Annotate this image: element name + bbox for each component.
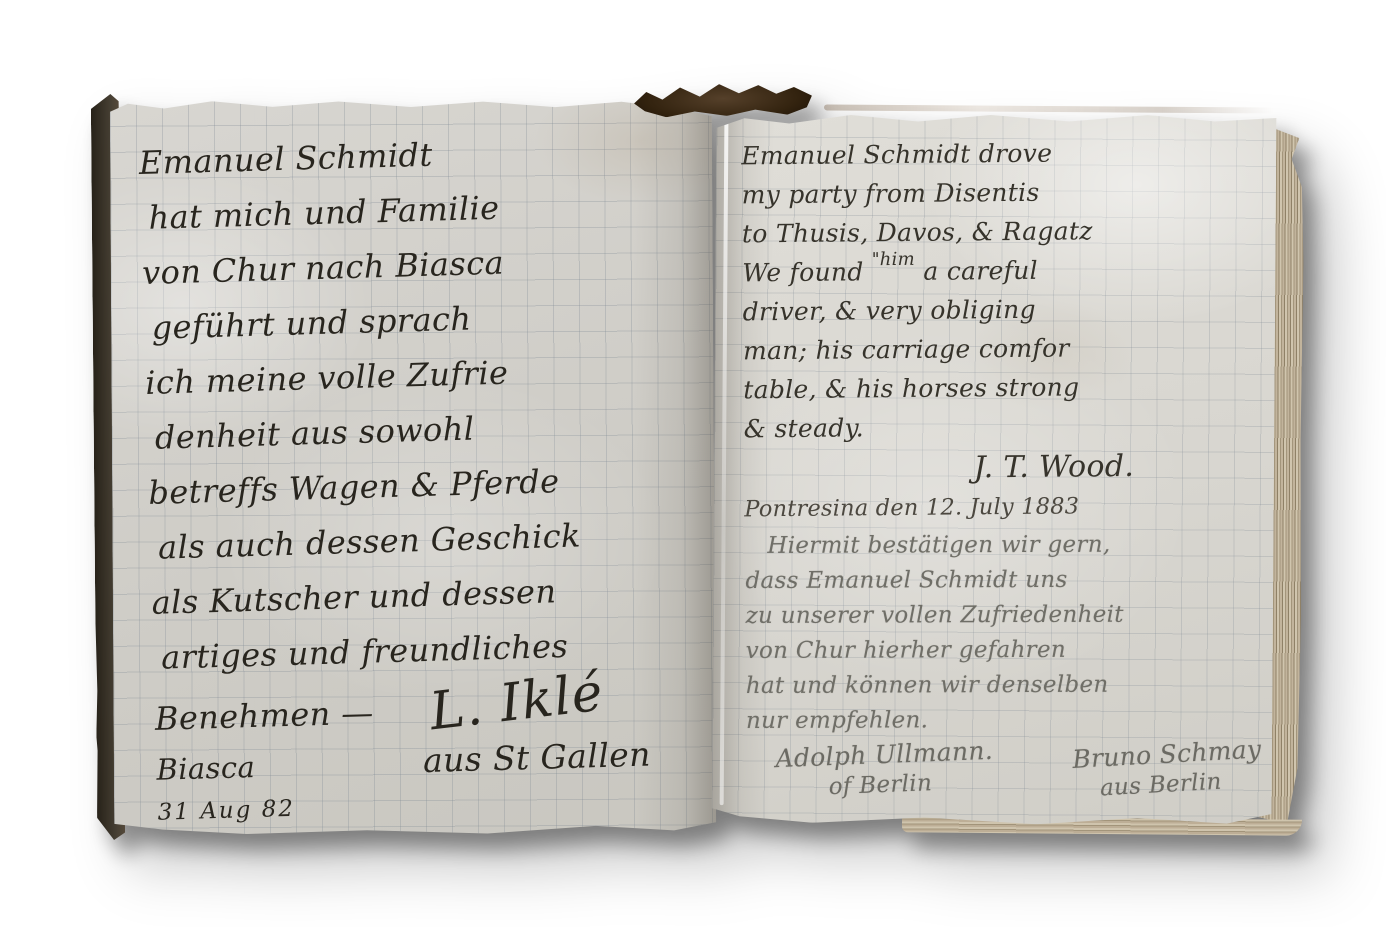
right-page-entries: Emanuel Schmidt drove my party from Dise… <box>741 132 1269 803</box>
handwritten-line-with-insertion: We found him a careful <box>742 249 1264 293</box>
pencil-line: nur empfehlen. <box>746 702 1268 739</box>
handwritten-line: Benehmen — <box>154 686 374 747</box>
right-page: Emanuel Schmidt drove my party from Dise… <box>712 110 1277 828</box>
pencil-line: hat und können wir denselben <box>746 667 1268 704</box>
left-page-entry: Emanuel Schmidt hat mich und Familie von… <box>138 120 714 828</box>
place-biasca: Biasca <box>156 740 256 798</box>
left-page: Emanuel Schmidt hat mich und Familie von… <box>110 96 716 836</box>
open-notebook: Emanuel Schmidt hat mich und Familie von… <box>82 84 1308 846</box>
handwritten-line: man; his carriage comfor <box>743 327 1265 371</box>
notebook-photo: Emanuel Schmidt hat mich und Familie von… <box>0 0 1386 927</box>
gutter-crease <box>720 120 729 805</box>
pencil-entry: Hiermit bestätigen wir gern, dass Emanue… <box>745 527 1268 801</box>
spine-binding-fragment <box>634 82 813 118</box>
handwritten-line: & steady. <box>744 405 1266 449</box>
signature-jt-wood: J. T. Wood. <box>744 444 1266 493</box>
handwritten-line: driver, & very obliging <box>742 288 1264 332</box>
signature-ullmann: Adolph Ullmann. of Berlin <box>745 736 995 805</box>
line-segment: a careful <box>923 256 1038 286</box>
handwritten-line: my party from Disentis <box>741 171 1263 215</box>
line-segment: We found <box>742 257 864 287</box>
dateline-pontresina: Pontresina den 12. July 1883 <box>744 488 1266 527</box>
pencil-line: von Chur hierher gefahren <box>746 632 1268 669</box>
handwritten-line: to Thusis, Davos, & Ragatz <box>742 210 1264 254</box>
pencil-signatures: Adolph Ullmann. of Berlin Bruno Schmay a… <box>746 739 1268 801</box>
pencil-line: Hiermit bestätigen wir gern, <box>745 527 1267 564</box>
handwritten-line: Emanuel Schmidt drove <box>741 132 1263 176</box>
signature-schmay: Bruno Schmay aus Berlin <box>1071 734 1269 805</box>
binding-debris-top-edge <box>824 104 1276 113</box>
pencil-line: dass Emanuel Schmidt uns <box>745 562 1267 599</box>
handwritten-line: table, & his horses strong <box>743 366 1265 410</box>
pencil-line: zu unserer vollen Zufriedenheit <box>746 597 1268 634</box>
